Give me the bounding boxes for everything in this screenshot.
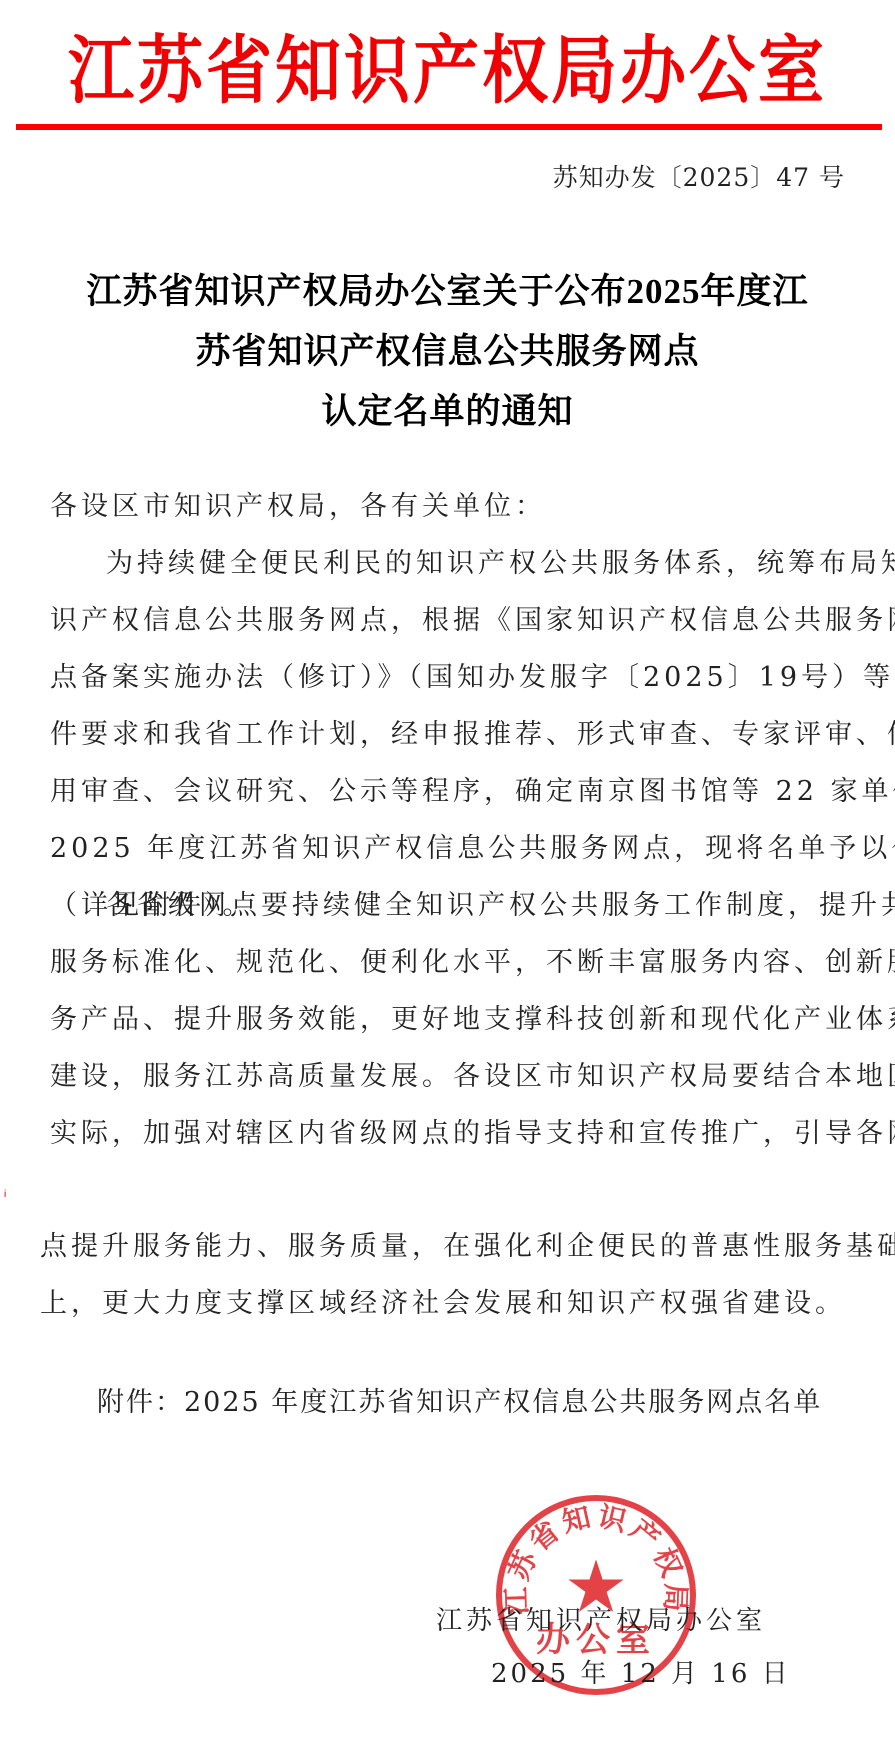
issuer-signature: 江苏省知识产权局办公室: [436, 1603, 766, 1639]
paragraph-line: 件要求和我省工作计划，经申报推荐、形式审查、专家评审、信: [50, 706, 850, 763]
paragraph-line: 点提升服务能力、服务质量，在强化利企便民的普惠性服务基础: [40, 1218, 860, 1275]
salutation-text: 各设区市知识产权局，各有关单位：: [50, 478, 850, 535]
paragraph-line: 务产品、提升服务效能，更好地支撑科技创新和现代化产业体系: [50, 991, 850, 1048]
page-break-mark: i: [4, 1190, 6, 1200]
issue-date: 2025 年 12 月 16 日: [491, 1656, 791, 1692]
salutation: 各设区市知识产权局，各有关单位：: [50, 478, 850, 535]
paragraph-line: 建设，服务江苏高质量发展。各设区市知识产权局要结合本地区: [50, 1048, 850, 1105]
paragraph-line: 识产权信息公共服务网点，根据《国家知识产权信息公共服务网: [50, 592, 850, 649]
paragraph-2-continued: 点提升服务能力、服务质量，在强化利企便民的普惠性服务基础 上，更大力度支撑区域经…: [40, 1218, 860, 1332]
attachment-note: 附件：2025 年度江苏省知识产权信息公共服务网点名单: [97, 1383, 822, 1423]
document-number: 苏知办发〔2025〕47 号: [553, 160, 845, 196]
paragraph-line: 为持续健全便民利民的知识产权公共服务体系，统筹布局知: [50, 535, 850, 592]
paragraph-1: 为持续健全便民利民的知识产权公共服务体系，统筹布局知 识产权信息公共服务网点，根…: [50, 535, 850, 934]
paragraph-line: 各省级网点要持续健全知识产权公共服务工作制度，提升共: [50, 877, 850, 934]
masthead-title: 江苏省知识产权局办公室: [0, 22, 895, 123]
title-line-3: 认定名单的通知: [0, 382, 895, 442]
red-divider: [16, 124, 882, 130]
paragraph-line: 服务标准化、规范化、便利化水平，不断丰富服务内容、创新服: [50, 934, 850, 991]
paragraph-line: 点备案实施办法（修订）》（国知办发服字〔2025〕19号）等文: [50, 649, 850, 706]
paragraph-line: 上，更大力度支撑区域经济社会发展和知识产权强省建设。: [40, 1275, 860, 1332]
document-title: 江苏省知识产权局办公室关于公布2025年度江 苏省知识产权信息公共服务网点 认定…: [0, 262, 895, 442]
title-line-2: 苏省知识产权信息公共服务网点: [0, 322, 895, 382]
paragraph-line: 用审查、会议研究、公示等程序，确定南京图书馆等 22 家单位为: [50, 763, 850, 820]
paragraph-2: 各省级网点要持续健全知识产权公共服务工作制度，提升共 服务标准化、规范化、便利化…: [50, 877, 850, 1162]
paragraph-line: 实际，加强对辖区内省级网点的指导支持和宣传推广，引导各网: [50, 1105, 850, 1162]
title-line-1: 江苏省知识产权局办公室关于公布2025年度江: [0, 262, 895, 322]
paragraph-line: 2025 年度江苏省知识产权信息公共服务网点，现将名单予以公布: [50, 820, 850, 877]
